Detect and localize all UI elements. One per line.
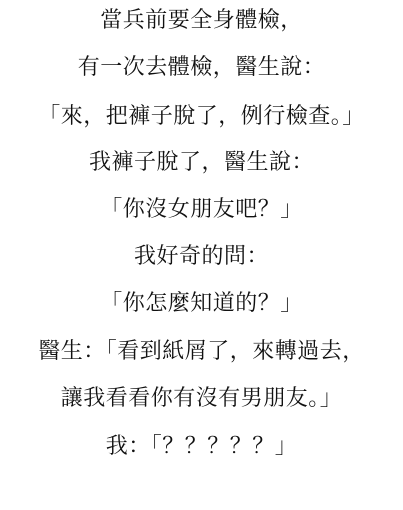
text-line-2: 有一次去體檢，醫生說： — [0, 53, 403, 83]
text-line-3: 「來，把褲子脫了，例行檢查。」 — [0, 102, 403, 132]
text-line-5: 「你沒女朋友吧？」 — [0, 195, 403, 225]
text-line-6: 我好奇的問： — [0, 242, 403, 272]
text-line-4: 我褲子脫了，醫生說： — [0, 148, 403, 178]
text-line-8: 醫生：「看到紙屑了，來轉過去， — [0, 337, 403, 367]
text-line-10: 我：「？？？？？」 — [0, 432, 403, 462]
text-line-7: 「你怎麼知道的？」 — [0, 289, 403, 319]
text-line-9: 讓我看看你有沒有男朋友。」 — [0, 384, 403, 414]
joke-image: 當兵前要全身體檢， 有一次去體檢，醫生說： 「來，把褲子脫了，例行檢查。」 我褲… — [0, 0, 403, 510]
text-line-1: 當兵前要全身體檢， — [0, 6, 403, 36]
